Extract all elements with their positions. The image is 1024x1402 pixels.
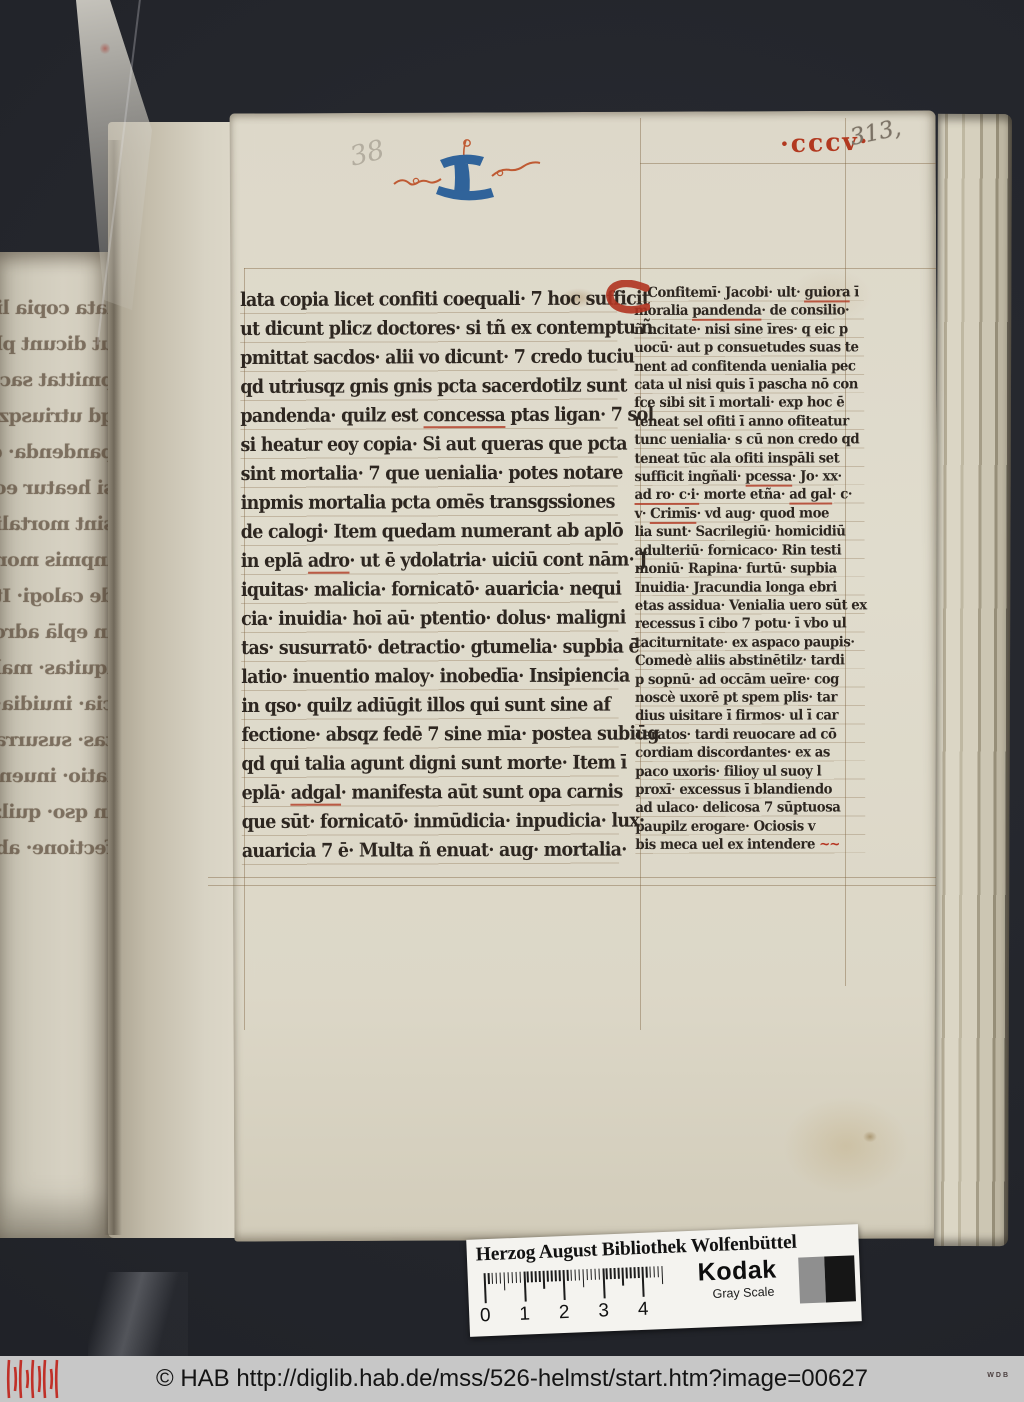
ruler-tick [484,1273,487,1303]
manuscript-line: uocū· aut p consuetudes suas te [634,339,864,358]
gray-patch [798,1257,826,1304]
ruler-tick [649,1267,651,1278]
manuscript-line: recessus ī cibo 7 potu· ī vbo ul [635,615,865,634]
manuscript-line: pandenda· quilz est concessa ptas ligan·… [240,401,617,431]
ruler-tick [606,1268,608,1279]
manuscript-line: ad ulaco· delicosa 7 sūptuosa [635,799,865,818]
gutter [108,122,238,1238]
manuscript-line: pmittat sacdos· alii vo dicunt· 7 credo … [240,343,617,373]
ruler-tick [630,1267,632,1278]
manuscript-line: ut dicunt plicz doctores· si tñ ex conte… [240,314,617,344]
red-ink-spot [100,42,110,55]
manuscript-line: inpmis mortalia pcta omēs transgssiones [241,488,618,518]
ruler-tick [634,1267,636,1278]
manuscript-line: sufficit ingñali· pcessa· Jo· xx· [634,467,864,486]
ruler-tick [653,1266,655,1277]
ruler-tick [543,1271,545,1289]
showthrough-line: qd utriusqz gnis gnis pcta sacerdotilz s… [0,398,114,434]
manuscript-line: nent ad confitenda uenialia pec [634,357,864,376]
ruler-tick [503,1272,505,1290]
kodak-logo: Kodak [697,1255,777,1287]
ruler-tick [551,1270,553,1281]
manuscript-line: proxī· excessus ī blandiendo [635,780,865,799]
ruler-tick [562,1270,565,1300]
manuscript-line: teneat tūc ala ofiti inspāli set [634,449,864,468]
manuscript-line: cia· inuidia· hoī aū· ptentio· dolus· ma… [241,604,618,634]
manuscript-line: cordiam discordantes· ex as [635,744,865,763]
manuscript-line: que sūt· fornicatō· inmūdicia· inpudicia… [242,807,619,837]
ruler-tick [507,1272,509,1283]
manuscript-line: etas assidua· Venialia uero sūt ex [635,596,865,615]
showthrough-line: si heatur eoy copia· Si aut queras que p… [0,470,114,506]
ruler-tick [574,1270,576,1281]
watermark-text: WDB [987,1372,1010,1379]
manuscript-line: auaricia 7 ē· Multa ñ enuat· aug· mortal… [242,836,619,866]
black-patch [824,1255,856,1302]
manuscript-line: sint mortalia· 7 que uenialia· potes not… [241,459,618,489]
ruling-horizontal-top-margin [640,163,936,164]
ruling-horizontal-top [244,268,936,269]
ruler-tick [622,1268,624,1286]
showthrough-line: cia· inuidia· hoī aū· ptentio· dolus· ma… [0,686,114,722]
manuscript-line: de calogi· Item quedam numerant ab aplō [241,517,618,547]
ruler-tick [527,1271,529,1282]
showthrough-line: lata copia licet confiti coequali· 7 hoc… [0,290,114,326]
manuscript-line: latio· inuentio maloy· inobedīa· Insipie… [241,662,618,692]
ruler-tick [511,1272,513,1283]
manuscript-line: noscè uxorē pt spem plis· tar [635,688,865,707]
manuscript-line: paupilz erogare· Ociosis v [635,817,865,836]
ruler-tick [602,1268,605,1298]
text-column-left: lata copia licet confiti coequali· 7 hoc… [240,285,619,868]
facing-page-strip: lata copia licet confiti coequali· 7 hoc… [0,252,114,1238]
ruler-tick [531,1271,533,1282]
ruling-horizontal-bottom-1 [208,877,936,878]
manuscript-line: adulteriū· fornicaco· Rin testi [635,541,865,560]
showthrough-line: pmittat sacdos· alii vo dicunt· 7 credo … [0,362,114,398]
ruler-tick [519,1272,521,1283]
ruler-tick [645,1267,647,1278]
text-column-right: Confitemī· Jacobi· ult· guiora īmoralia … [634,283,865,856]
manuscript-line: Comedè aliis abstinētilz· tardi [635,651,865,670]
manuscript-line: bis meca uel ex intendere ~~ [635,836,865,855]
clamp-fragment [88,1272,188,1356]
showthrough-line: inpmis mortalia pcta omēs transgssiones [0,542,114,578]
page-edge-stack [934,114,1012,1246]
showthrough-line: tas· susurratō· detractio· gtumelia· sup… [0,722,114,758]
ruler-tick [570,1270,572,1281]
manuscript-line: teneat sel ofiti ī anno ofiteatur [634,412,864,431]
ruler-tick [523,1272,526,1302]
ruler-tick [594,1269,596,1280]
ruler-tick [661,1266,663,1284]
manuscript-line: fce sibi sit ī mortali· exp hoc ē [634,394,864,413]
manuscript-line: si heatur eoy copia· Si aut queras que p… [240,430,617,460]
ruler-tick [515,1272,517,1283]
manuscript-line: in qso· quilz adiūgit illos qui sunt sin… [241,691,618,721]
copyright-text: © HAB http://diglib.hab.de/mss/526-helms… [0,1365,1024,1393]
ruler-tick [637,1267,639,1278]
ruler-tick [586,1269,588,1280]
manuscript-line: eplā· adgal· manifesta aūt sunt opa carn… [242,778,619,808]
ruler-tick [539,1271,541,1282]
manuscript-line: ceratos· tardi reuocare ad cō [635,725,865,744]
manuscript-line: iquitas· malicia· fornicatō· auaricia· n… [241,575,618,605]
decorated-initial-icon [388,138,558,204]
manuscript-photo: lata copia licet confiti coequali· 7 hoc… [0,0,1024,1402]
manuscript-line: fectione· absqz fedē 7 sine mīa· postea … [241,720,618,750]
gutter-fold-shadow [104,140,122,1235]
ruler-tick [566,1270,568,1281]
ruler-tick [626,1267,628,1278]
ruler-tick [559,1270,561,1281]
manuscript-line: p sopnū· ad occām ueīre· cog [635,670,865,689]
manuscript-line: tas· susurratō· detractio· gtumelia· sup… [241,633,618,663]
manuscript-line: ad ro· c·i· morte etña· ad gal· c· [635,486,865,505]
footer-bar: © HAB http://diglib.hab.de/mss/526-helms… [0,1356,1024,1402]
manuscript-line: taciturnitate· ex aspaco paupis· [635,633,865,652]
ruler-tick [598,1269,600,1280]
ruler-tick [610,1268,612,1279]
manuscript-line: tunc uenialia· s cū non credo qd [634,431,864,450]
showthrough-line: latio· inuentio maloy· inobedīa· Insipie… [0,758,114,794]
ruler-tick [555,1270,557,1281]
manuscript-line: Confitemī· Jacobi· ult· guiora ī [634,283,864,302]
ruler-tick [590,1269,592,1280]
manuscript-line: moniū· Rapina· furtū· supbia [635,559,865,578]
manuscript-line: Inuidia· Jracundia longa ebri [635,578,865,597]
ruler-tick [495,1273,497,1284]
ruler-card: Herzog August Bibliothek Wolfenbüttel Ko… [466,1224,862,1337]
ruler-tick-label: 3 [592,1300,615,1323]
showthrough-text: lata copia licet confiti coequali· 7 hoc… [0,290,114,866]
manuscript-line: in eplā adro· ut ē ydolatria· uiciū cont… [241,546,618,576]
ruler-tick [499,1273,501,1284]
showthrough-line: iquitas· malicia· fornicatō· auaricia· n… [0,650,114,686]
showthrough-line: in eplā adro· ut ē ydolatria· uiciū cont… [0,614,114,650]
manuscript-line: lia sunt· Sacrilegiū· homicidiū [635,523,865,542]
manuscript-line: v· Crimīs· vd aug· quod moe [635,504,865,523]
ruler-tick [582,1269,584,1287]
ruler-tick-label: 1 [513,1303,536,1326]
ruler-tick-label: 2 [553,1302,576,1325]
ruler-tick [547,1271,549,1282]
gray-scale-label: Gray Scale [712,1285,774,1301]
ruler-tick [641,1267,644,1297]
manuscript-line: moralia pandenda· de consilio· [634,302,864,321]
ruler-tick-label: 4 [632,1298,655,1321]
ruling-horizontal-bottom-2 [208,885,936,886]
manuscript-line: qd utriusqz gnis gnis pcta sacerdotilz s… [240,372,617,402]
showthrough-line: de calogi· Item quedam numerant ab aplō [0,578,114,614]
manuscript-line: lata copia licet confiti coequali· 7 hoc… [240,285,617,315]
ruler-tick [618,1268,620,1279]
manuscript-line: qd qui talia agunt digni sunt morte· Ite… [241,749,618,779]
showthrough-line: in qso· quilz adiūgit illos qui sunt sin… [0,794,114,830]
showthrough-line: fectione· absqz fedē 7 sine mīa· postea … [0,830,114,866]
manuscript-line: dius uisitare ī firmos· ul ī car [635,707,865,726]
ruler-tick [491,1273,493,1284]
ruler-tick [535,1271,537,1282]
rubric-paragraph-mark [602,280,650,320]
showthrough-line: sint mortalia· 7 que uenialia· potes not… [0,506,114,542]
showthrough-line: pandenda· quilz est concessa ptas ligan·… [0,434,114,470]
manuscript-line: cata ul nisi quis ī pascha nō con [634,375,864,394]
ruler-tick [614,1268,616,1279]
ruler-tick [657,1266,659,1277]
ruler-tick [578,1269,580,1280]
ruler-tick-label: 0 [474,1305,497,1328]
ruler-tick [487,1273,489,1284]
manuscript-line: ñ ncitate· nisi sine īres· q eic p [634,320,864,339]
manuscript-line: paco uxoris· filioy ul suoy l [635,762,865,781]
